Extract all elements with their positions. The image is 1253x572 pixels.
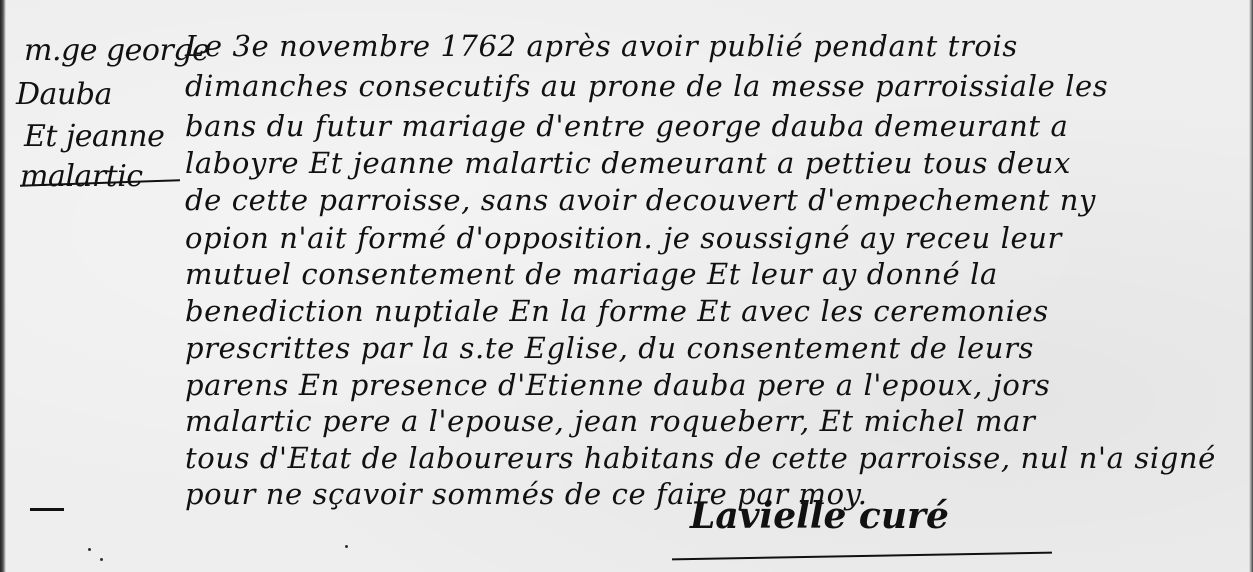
- margin-note-line: Et jeanne: [24, 122, 164, 152]
- entry-line: bans du futur mariage d'entre george dau…: [185, 112, 1068, 141]
- entry-line: de cette parroisse, sans avoir decouvert…: [185, 186, 1096, 215]
- margin-note-line: Dauba: [16, 80, 112, 110]
- ink-speck: [345, 545, 348, 548]
- entry-line: mutuel consentement de mariage Et leur a…: [185, 260, 998, 289]
- margin-note-line: m.ge george: [24, 36, 209, 66]
- ink-speck: [88, 548, 91, 551]
- entry-line: tous d'Etat de laboureurs habitans de ce…: [185, 444, 1216, 473]
- entry-line: dimanches consecutifs au prone de la mes…: [185, 72, 1108, 101]
- entry-line: parens En presence d'Etienne dauba pere …: [185, 371, 1050, 400]
- page-right-border: [1249, 0, 1253, 572]
- margin-note-line: malartic: [20, 162, 143, 192]
- entry-line: prescrittes par la s.te Eglise, du conse…: [185, 334, 1034, 363]
- margin-dash-mark: [30, 508, 64, 511]
- entry-line: Le 3e novembre 1762 après avoir publié p…: [185, 32, 1018, 61]
- entry-line: opion n'ait formé d'opposition. je souss…: [185, 224, 1062, 253]
- entry-line: benediction nuptiale En la forme Et avec…: [185, 297, 1049, 326]
- signature-underline: [672, 552, 1052, 561]
- priest-signature: Lavielle curé: [690, 498, 949, 534]
- page-left-border: [0, 0, 6, 572]
- entry-line: laboyre Et jeanne malartic demeurant a p…: [185, 149, 1071, 178]
- ink-speck: [100, 558, 103, 561]
- document-page: m.ge george Dauba Et jeanne malartic Le …: [0, 0, 1253, 572]
- entry-line: malartic pere a l'epouse, jean roqueberr…: [185, 407, 1035, 436]
